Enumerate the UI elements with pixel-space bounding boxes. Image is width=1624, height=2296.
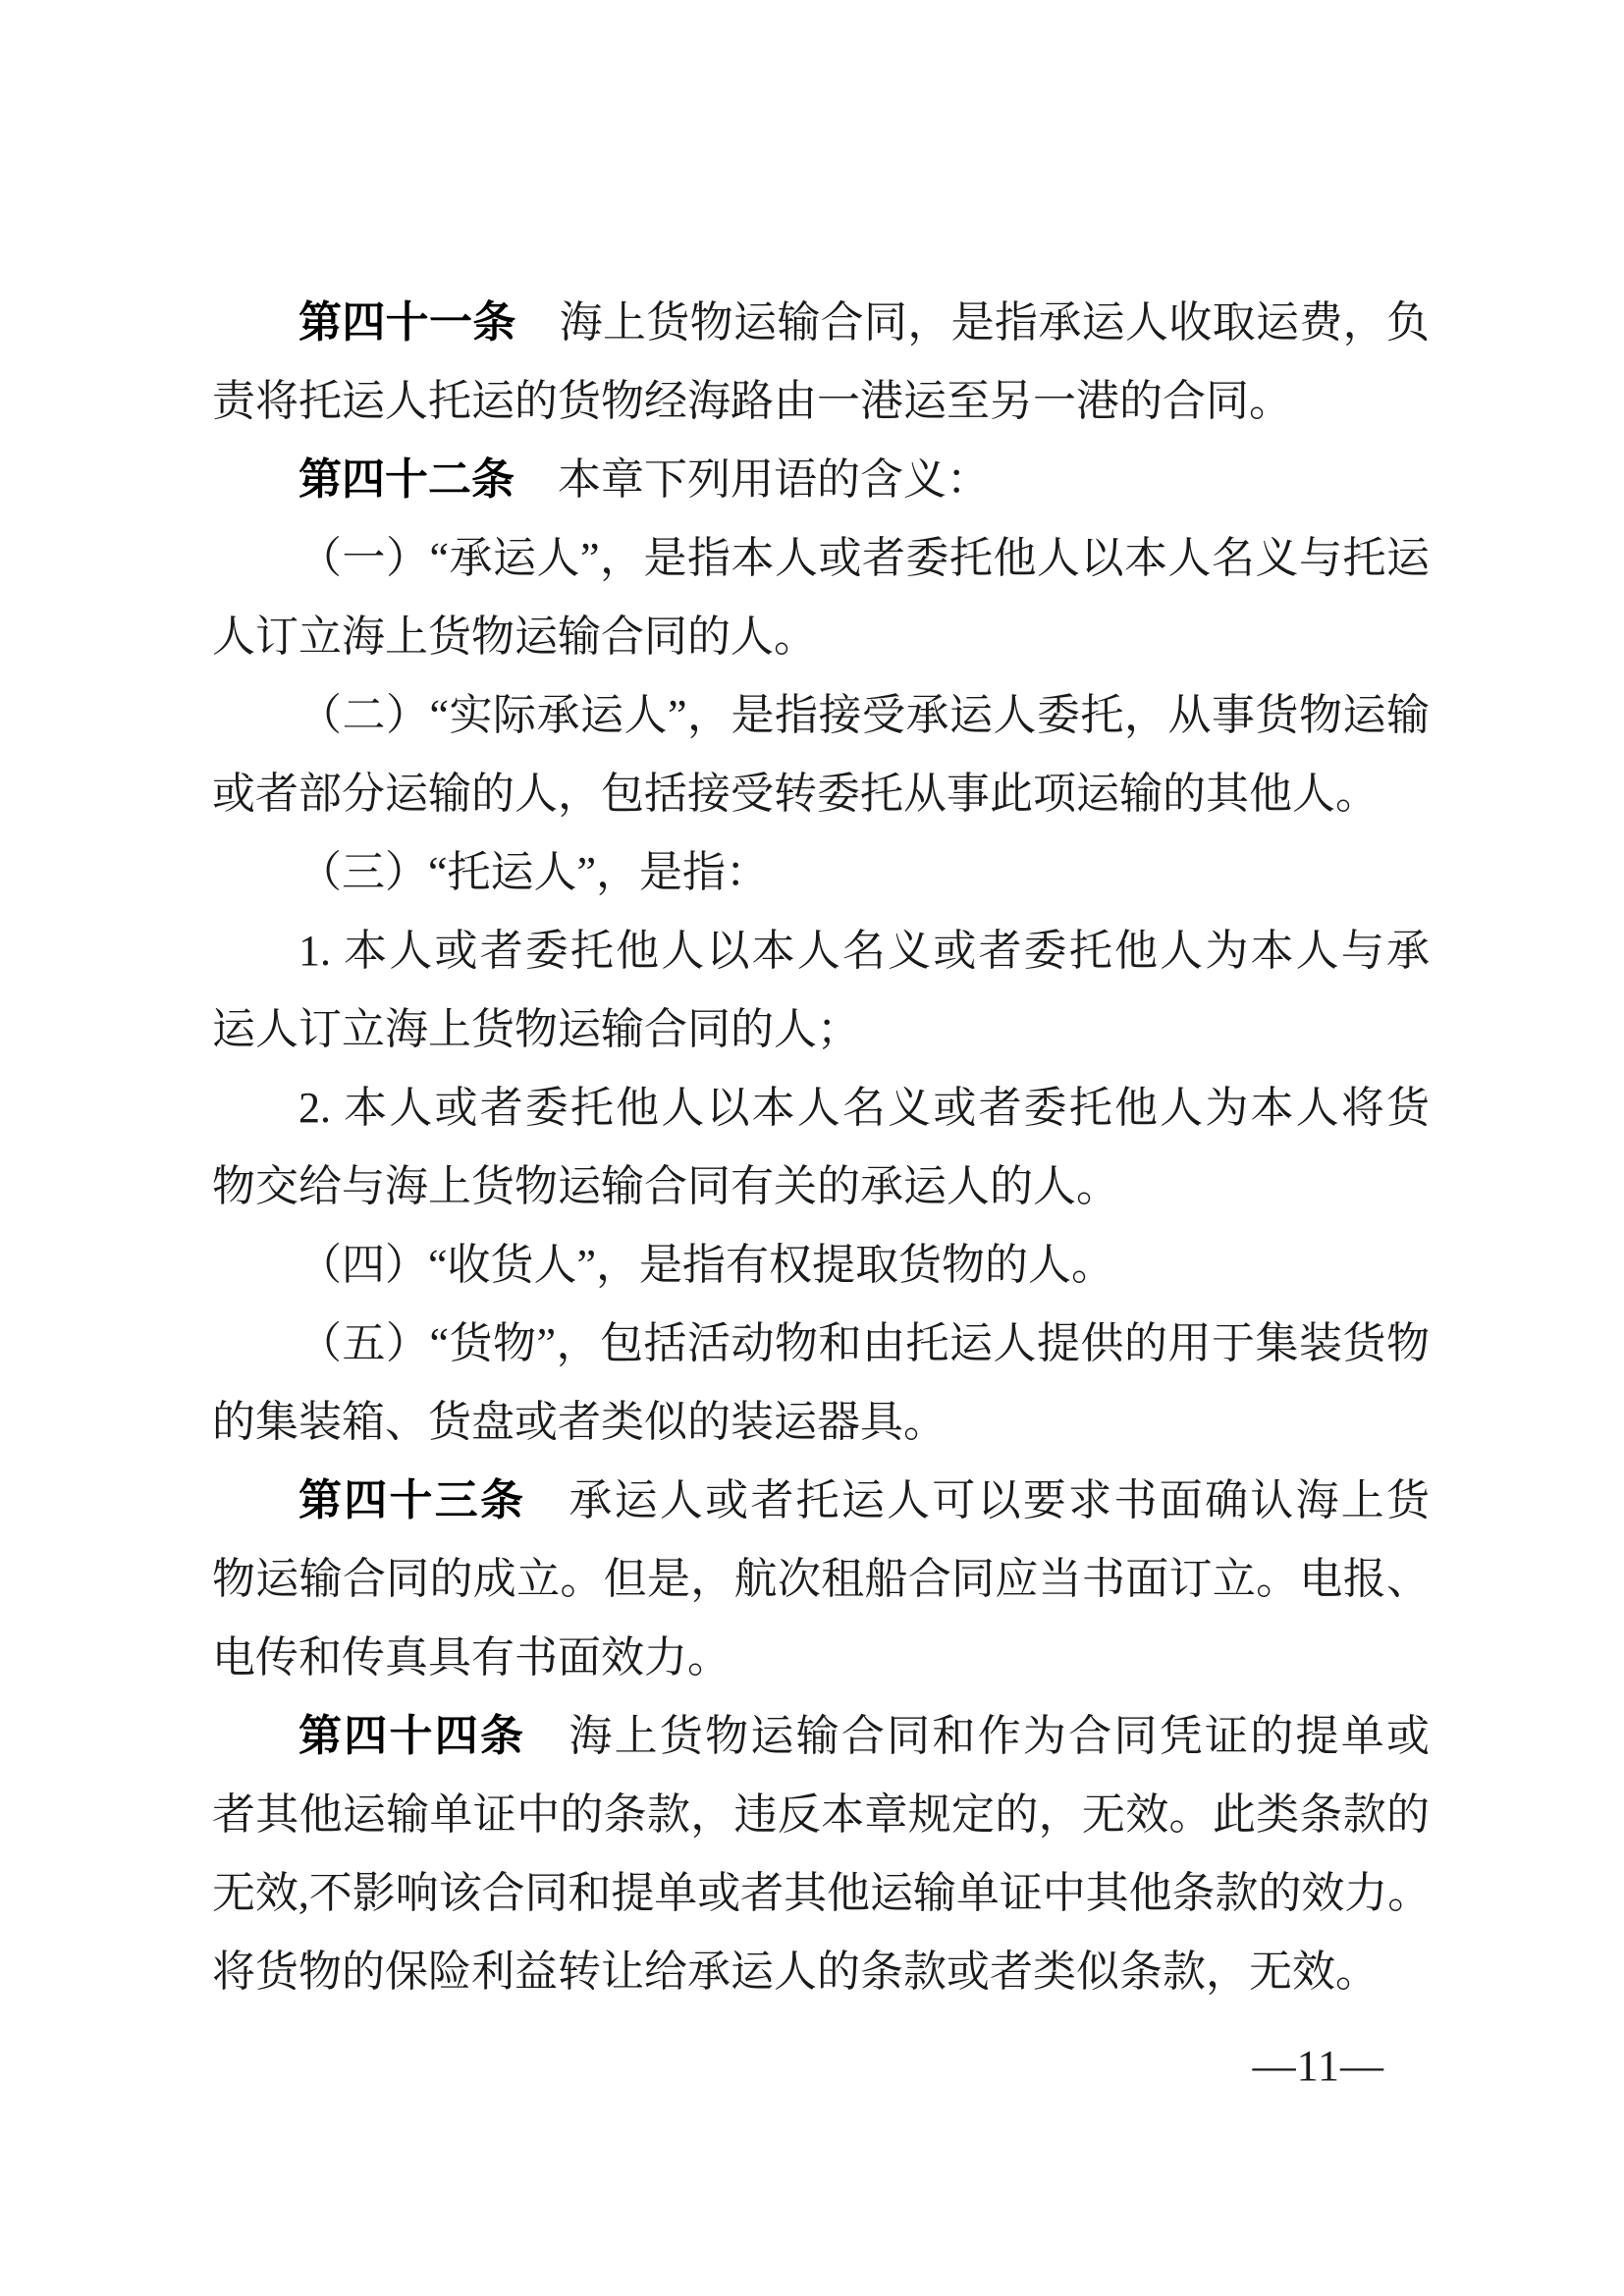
text-line: 或者部分运输的人，包括接受转委托从事此项运输的其他人。 xyxy=(212,755,1430,833)
line-text: 物交给与海上货物运输合同有关的承运人的人。 xyxy=(212,1162,1119,1210)
text-line: 责将托运人托运的货物经海路由一港运至另一港的合同。 xyxy=(212,362,1430,441)
line-text: 海上货物运输合同和作为合同凭证的提单或 xyxy=(568,1712,1430,1760)
text-line: 2. 本人或者委托他人以本人名义或者委托他人为本人将货 xyxy=(212,1069,1430,1148)
line-text: 承运人或者托运人可以要求书面确认海上货 xyxy=(568,1476,1430,1524)
line-text: 将货物的保险利益转让给承运人的条款或者类似条款，无效。 xyxy=(212,1948,1379,1996)
line-text: 责将托运人托运的货物经海路由一港运至另一港的合同。 xyxy=(212,377,1292,425)
text-line: 的集装箱、货盘或者类似的装运器具。 xyxy=(212,1383,1430,1462)
text-line: 物运输合同的成立。但是，航次租船合同应当书面订立。电报、 xyxy=(212,1540,1430,1619)
line-text: 无效,不影响该合同和提单或者其他运输单证中其他条款的效力。 xyxy=(212,1869,1430,1917)
article-number: 第四十一条 xyxy=(298,298,516,347)
line-text: 者其他运输单证中的条款，违反本章规定的，无效。此类条款的 xyxy=(212,1790,1430,1839)
line-text: （三）“托运人”，是指： xyxy=(298,848,769,896)
text-line: （五）“货物”，包括活动物和由托运人提供的用于集装货物 xyxy=(212,1305,1430,1383)
line-text: （四）“收货人”，是指有权提取货物的人。 xyxy=(298,1241,1114,1289)
document-page: 第四十一条海上货物运输合同，是指承运人收取运费，负责将托运人托运的货物经海路由一… xyxy=(0,0,1624,2296)
line-text: 人订立海上货物运输合同的人。 xyxy=(212,613,817,661)
text-line: 将货物的保险利益转让给承运人的条款或者类似条款，无效。 xyxy=(212,1933,1430,2011)
document-body: 第四十一条海上货物运输合同，是指承运人收取运费，负责将托运人托运的货物经海路由一… xyxy=(212,284,1430,2011)
article-number: 第四十四条 xyxy=(298,1712,525,1760)
text-line: （一）“承运人”，是指本人或者委托他人以本人名义与托运 xyxy=(212,519,1430,598)
text-line: 第四十二条本章下列用语的含义： xyxy=(212,441,1430,519)
line-text: 2. 本人或者委托他人以本人名义或者委托他人为本人将货 xyxy=(298,1084,1430,1132)
line-text: 本章下列用语的含义： xyxy=(558,455,990,504)
text-line: （三）“托运人”，是指： xyxy=(212,833,1430,912)
line-text: 物运输合同的成立。但是，航次租船合同应当书面订立。电报、 xyxy=(212,1555,1430,1603)
line-text: 运人订立海上货物运输合同的人； xyxy=(212,1005,860,1053)
page-number: —11— xyxy=(1159,2042,1384,2091)
line-text: 1. 本人或者委托他人以本人名义或者委托他人为本人与承 xyxy=(298,927,1430,975)
text-line: 物交给与海上货物运输合同有关的承运人的人。 xyxy=(212,1148,1430,1226)
text-line: （四）“收货人”，是指有权提取货物的人。 xyxy=(212,1226,1430,1305)
line-text: （五）“货物”，包括活动物和由托运人提供的用于集装货物 xyxy=(298,1319,1430,1367)
line-text: 电传和传真具有书面效力。 xyxy=(212,1633,731,1682)
text-line: 运人订立海上货物运输合同的人； xyxy=(212,990,1430,1069)
text-line: 人订立海上货物运输合同的人。 xyxy=(212,598,1430,676)
text-line: 无效,不影响该合同和提单或者其他运输单证中其他条款的效力。 xyxy=(212,1854,1430,1933)
text-line: （二）“实际承运人”，是指接受承运人委托，从事货物运输 xyxy=(212,676,1430,755)
text-line: 者其他运输单证中的条款，违反本章规定的，无效。此类条款的 xyxy=(212,1776,1430,1854)
text-line: 电传和传真具有书面效力。 xyxy=(212,1619,1430,1697)
text-line: 1. 本人或者委托他人以本人名义或者委托他人为本人与承 xyxy=(212,912,1430,990)
text-line: 第四十一条海上货物运输合同，是指承运人收取运费，负 xyxy=(212,284,1430,362)
line-text: 海上货物运输合同，是指承运人收取运费，负 xyxy=(560,298,1430,347)
text-line: 第四十三条承运人或者托运人可以要求书面确认海上货 xyxy=(212,1462,1430,1540)
article-number: 第四十三条 xyxy=(298,1476,525,1524)
line-text: （一）“承运人”，是指本人或者委托他人以本人名义与托运 xyxy=(298,534,1430,582)
line-text: （二）“实际承运人”，是指接受承运人委托，从事货物运输 xyxy=(298,691,1430,739)
text-line: 第四十四条海上货物运输合同和作为合同凭证的提单或 xyxy=(212,1697,1430,1776)
article-number: 第四十二条 xyxy=(298,455,514,504)
line-text: 的集装箱、货盘或者类似的装运器具。 xyxy=(212,1398,947,1446)
line-text: 或者部分运输的人，包括接受转委托从事此项运输的其他人。 xyxy=(212,770,1379,818)
